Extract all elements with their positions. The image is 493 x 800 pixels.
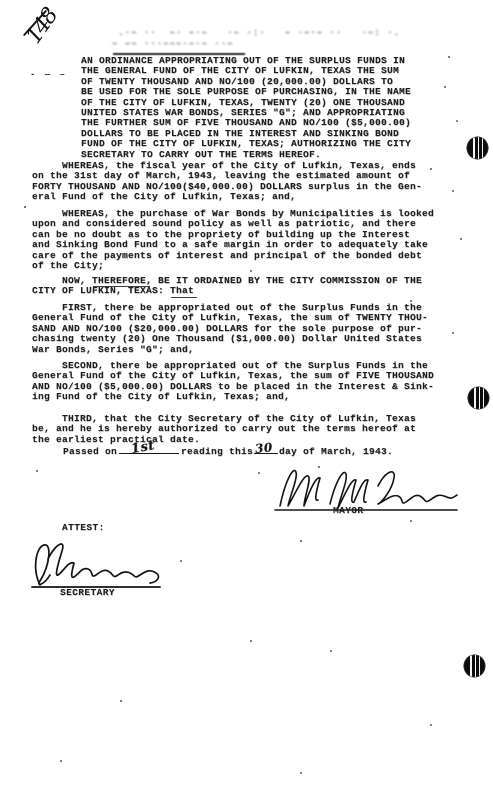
- passed-middle: reading this: [181, 446, 253, 458]
- whereas-paragraph-1: WHEREAS, the fiscal year of the City of …: [32, 161, 422, 203]
- handwritten-page-number: 148: [21, 5, 62, 49]
- punch-hole-mark-top: [467, 137, 488, 159]
- enacting-clause: NOW, THEREFORE, BE IT ORDAINED BY THE CI…: [32, 276, 422, 297]
- clause-second: SECOND, there be appropriated out of the…: [32, 361, 434, 403]
- passed-suffix: day of March, 1943.: [279, 446, 393, 458]
- scan-noise-speckles: [0, 0, 2, 2]
- scanned-ordinance-page: 148 .·– ·· –· –·– ·– ·:· – ·–·– ·· ·–: ·…: [0, 0, 493, 800]
- secretary-label: SECRETARY: [60, 588, 115, 598]
- ordinance-title: AN ORDINANCE APPROPRIATING OUT OF THE SU…: [81, 56, 411, 160]
- day-blank-line: 30: [254, 453, 278, 454]
- handwritten-day-number: 30: [254, 440, 273, 456]
- underline-therefore: [93, 286, 150, 287]
- punch-hole-mark-bottom: [464, 655, 485, 677]
- underline-that: [171, 297, 197, 298]
- reading-blank-line: 1st: [119, 453, 179, 454]
- passed-prefix: Passed on: [63, 446, 117, 458]
- secretary-signature: [28, 533, 170, 593]
- clause-first: FIRST, there be appropriated out of the …: [32, 303, 428, 355]
- handwritten-reading-number: 1st: [130, 438, 156, 457]
- clause-third: THIRD, that the City Secretary of the Ci…: [32, 414, 416, 445]
- whereas-paragraph-2: WHEREAS, the purchase of War Bonds by Mu…: [32, 209, 434, 271]
- attest-label: ATTEST:: [62, 523, 105, 533]
- stray-dash-marks: - — –: [30, 70, 67, 80]
- mayor-signature: [272, 464, 460, 514]
- passed-line: Passed on 1st reading this 30 day of Mar…: [63, 446, 393, 458]
- smudged-header-line: .·– ·· –· –·– ·– ·:· – ·–·– ·· ·–: ·. – …: [112, 28, 480, 50]
- punch-hole-mark-middle: [468, 387, 489, 409]
- mayor-label: MAYOR: [333, 506, 364, 516]
